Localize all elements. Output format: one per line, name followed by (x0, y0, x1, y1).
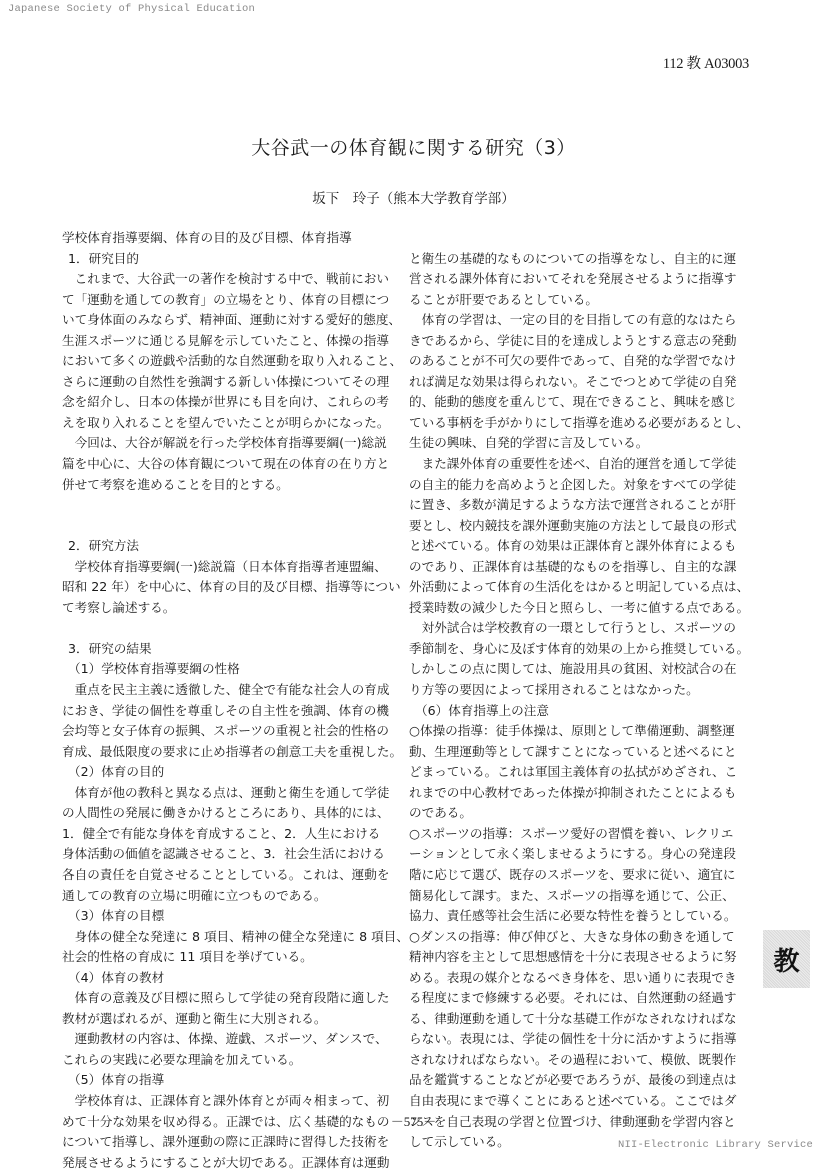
left-column-body: 1．研究目的 これまで、大谷武一の著作を検討する中で、戦前において「運動を通して… (62, 249, 407, 1170)
body-text-line: きであるから、学徒に目的を達成しようとする意志の発動 (409, 331, 771, 352)
header-source-label: Japanese Society of Physical Education (8, 3, 255, 15)
body-text-line: 篇を中心に、大谷の体育観について現在の体育の在り方と (62, 454, 407, 475)
body-text-line: の人間性の発展に働きかけるところにあり、具体的には、 (62, 803, 407, 824)
section-tab-marker: 教 (763, 930, 810, 988)
body-text-line: る、律動運動を通して十分な基礎工作がなされなければな (409, 1009, 771, 1030)
body-text-line: 生涯スポーツに通じる見解を示していたこと、体操の指導 (62, 331, 407, 352)
body-text-line: 社会的性格の育成に 11 項目を挙げている。 (62, 947, 407, 968)
right-column-spacer (409, 228, 771, 249)
author-affiliation: 坂下 玲子（熊本大学教育学部） (0, 187, 827, 207)
body-text-line: の自主的能力を高めようと企図した。対象をすべての学徒 (409, 475, 771, 496)
body-text-line: と衛生の基礎的なものについての指導をなし、自主的に運 (409, 249, 771, 270)
body-text-line: ○スポーツの指導：スポーツ愛好の習慣を養い、レクリエ (409, 824, 771, 845)
body-text-line: されなければならない。その過程において、模倣、既製作 (409, 1050, 771, 1071)
body-text-line: 協力、責任感等社会生活に必要な特性を養うとしている。 (409, 906, 771, 927)
body-text-line: て「運動を通しての教育」の立場をとり、体育の目標につ (62, 290, 407, 311)
body-text-line: 対外試合は学校教育の一環として行うとし、スポーツの (409, 618, 771, 639)
body-text-line: 運動教材の内容は、体操、遊戯、スポーツ、ダンスで、 (62, 1029, 407, 1050)
body-text-line: ○ダンスの指導：伸び伸びと、大きな身体の動きを通して (409, 927, 771, 948)
body-text-line: ○体操の指導：徒手体操は、原則として準備運動、調整運 (409, 721, 771, 742)
section-heading: 1．研究目的 (62, 249, 407, 270)
body-text-line: 的、能動的態度を重んじて、現在できること、興味を感じ (409, 392, 771, 413)
body-text-line: て考察し論述する。 (62, 598, 407, 619)
page-number: －575－ (0, 1111, 827, 1130)
body-text-line: 体育の意義及び目標に照らして学徒の発育段階に適した (62, 988, 407, 1009)
body-text-line: 階に応じて選び、既存のスポーツを、要求に従い、適宜に (409, 865, 771, 886)
body-text-line: れまでの中心教材であった体操が抑制されたことによるも (409, 783, 771, 804)
body-text-line: いて身体面のみならず、精神面、運動に対する愛好的態度、 (62, 310, 407, 331)
body-text-line: 体育の学習は、一定の目的を目指しての有意的なはたら (409, 310, 771, 331)
body-text-line: 通しての教育の立場に明確に立つものである。 (62, 886, 407, 907)
body-text-line: しかしこの点に関しては、施設用具の貧困、対校試合の在 (409, 659, 771, 680)
body-text-line: 季節制を、身心に及ぼす体育的効果の上から推奨している。 (409, 639, 771, 660)
body-text-line: 各自の責任を自覚させることとしている。これは、運動を (62, 865, 407, 886)
body-text-line: に置き、多数が満足するような方法で運営されることが肝 (409, 495, 771, 516)
body-text-line: 発展させるようにすることが大切である。正課体育は運動 (62, 1153, 407, 1170)
body-text-line: 簡易化して課す。また、スポーツの指導を通じて、公正、 (409, 886, 771, 907)
body-text-line: 併せて考察を進めることを目的とする。 (62, 475, 407, 496)
subsection-heading: （3）体育の目標 (62, 906, 407, 927)
body-text-line: について指導し、課外運動の際に正課時に習得した技術を (62, 1132, 407, 1153)
body-text-line: 学校体育は、正課体育と課外体育とが両々相まって、初 (62, 1091, 407, 1112)
body-text-line: 今回は、大谷が解説を行った学校体育指導要綱(一)総説 (62, 433, 407, 454)
body-text-line: 自由表現にまで導くことにあると述べている。ここではダ (409, 1091, 771, 1112)
body-text-line: ーションとして永く楽しませるようにする。身心の発達段 (409, 844, 771, 865)
body-text-line: 営される課外体育においてそれを発展させるように指導す (409, 269, 771, 290)
subsection-heading: （1）学校体育指導要綱の性格 (62, 659, 407, 680)
body-text-line: 外活動によって体育の生活化をはかると明記している点は、 (409, 577, 771, 598)
body-text-line: 念を紹介し、日本の体操が世界にも目を向け、これらの考 (62, 392, 407, 413)
body-text-line: のであり、正課体育は基礎的なものを指導し、自主的な課 (409, 557, 771, 578)
body-text-line: と述べている。体育の効果は正課体育と課外体育によるも (409, 536, 771, 557)
body-text-line: り方等の要因によって採用されることはなかった。 (409, 680, 771, 701)
subsection-heading: （4）体育の教材 (62, 968, 407, 989)
body-text-line: 昭和 22 年）を中心に、体育の目的及び目標、指導等につい (62, 577, 407, 598)
right-column: と衛生の基礎的なものについての指導をなし、自主的に運営される課外体育においてそれ… (409, 228, 771, 1153)
body-text-line: 授業時数の減少した今日と照らし、一考に値する点である。 (409, 598, 771, 619)
body-text-line: める。表現の媒介となるべき身体を、思い通りに表現でき (409, 968, 771, 989)
body-text-line: る程度にまで修練する必要。それには、自然運動の経過す (409, 988, 771, 1009)
subsection-heading: （6）体育指導上の注意 (409, 701, 771, 722)
body-text-line: 会均等と女子体育の振興、スポーツの重視と社会的性格の (62, 721, 407, 742)
body-text-line: これらの実践に必要な理論を加えている。 (62, 1050, 407, 1071)
body-text-line: 精神内容を主として思想感情を十分に表現させるように努 (409, 947, 771, 968)
blank-line (62, 618, 407, 639)
subsection-heading: （5）体育の指導 (62, 1070, 407, 1091)
section-heading: 2．研究方法 (62, 536, 407, 557)
body-text-line: 品を鑑賞することなどが必要であろうが、最後の到達点は (409, 1070, 771, 1091)
body-text-line: これまで、大谷武一の著作を検討する中で、戦前におい (62, 269, 407, 290)
body-text-line: 1．健全で有能な身体を育成すること、2．人生における (62, 824, 407, 845)
body-text-line: また課外体育の重要性を述べ、自治的運営を通して学徒 (409, 454, 771, 475)
section-heading: 3．研究の結果 (62, 639, 407, 660)
body-text-line: らない。表現には、学徒の個性を十分に活かすように指導 (409, 1029, 771, 1050)
right-column-body: と衛生の基礎的なものについての指導をなし、自主的に運営される課外体育においてそれ… (409, 249, 771, 1153)
body-text-line: 要とし、校内競技を課外運動実施の方法として最良の形式 (409, 516, 771, 537)
body-text-line: のである。 (409, 803, 771, 824)
body-text-line: 動、生理運動等として課すことになっていると述べるにと (409, 742, 771, 763)
body-text-line: れば満足な効果は得られない。そこでつとめて学徒の自発 (409, 372, 771, 393)
body-text-line: 生徒の興味、自発的学習に言及している。 (409, 433, 771, 454)
body-text-line: 身体の健全な発達に 8 項目、精神の健全な発達に 8 項目、 (62, 927, 407, 948)
document-code: 112 教 A03003 (663, 52, 749, 73)
body-text-line: におき、学徒の個性を尊重しその自主性を強調、体育の機 (62, 701, 407, 722)
body-text-line: 体育が他の教科と異なる点は、運動と衛生を通して学徒 (62, 783, 407, 804)
body-text-line: さらに運動の自然性を強調する新しい体操についてその理 (62, 372, 407, 393)
subsection-heading: （2）体育の目的 (62, 762, 407, 783)
paper-title: 大谷武一の体育観に関する研究（3） (0, 133, 827, 160)
body-text-line: ている事柄を手がかりにして指導を進める必要があるとし、 (409, 413, 771, 434)
footer-source-label: NII-Electronic Library Service (618, 1139, 813, 1151)
body-text-line: ることが肝要であるとしている。 (409, 290, 771, 311)
blank-line (62, 495, 407, 516)
body-text-line: えを取り入れることを望んでいたことが明らかになった。 (62, 413, 407, 434)
blank-line (62, 516, 407, 537)
body-text-line: のあることが不可欠の要件であって、自発的な学習でなけ (409, 351, 771, 372)
keywords: 学校体育指導要綱、体育の目的及び目標、体育指導 (62, 228, 407, 249)
body-text-line: 身体活動の価値を認識させること、3．社会生活における (62, 844, 407, 865)
body-text-line: において多くの遊戯や活動的な自然運動を取り入れること、 (62, 351, 407, 372)
body-text-line: 学校体育指導要綱(一)総説篇（日本体育指導者連盟編、 (62, 557, 407, 578)
body-text-line: 教材が選ばれるが、運動と衛生に大別される。 (62, 1009, 407, 1030)
body-text-line: 育成、最低限度の要求に止め指導者の創意工夫を重視した。 (62, 742, 407, 763)
body-text-line: どまっている。これは軍国主義体育の払拭がめざされ、こ (409, 762, 771, 783)
body-text-line: 重点を民主主義に透徹した、健全で有能な社会人の育成 (62, 680, 407, 701)
left-column: 学校体育指導要綱、体育の目的及び目標、体育指導 1．研究目的 これまで、大谷武一… (62, 228, 407, 1170)
